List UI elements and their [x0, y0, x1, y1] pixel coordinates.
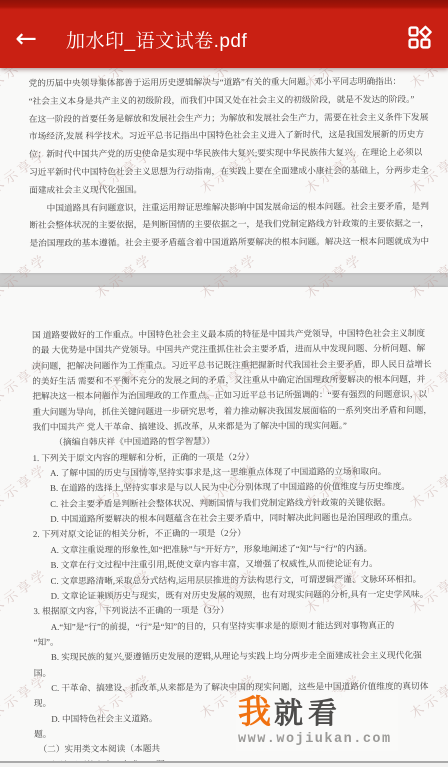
document-text-line: B. 实现民族的复兴,要遵循历史发展的逻辑,从理论与实践上均分两步走全面建成社会… — [34, 648, 433, 665]
logo-url: www.wojiukan.com — [238, 732, 392, 747]
document-text-line: 重大问题为导向，抓住关键问题进一步研究思考，着力推动解决我国发展面临的一系列突出… — [32, 403, 431, 420]
document-text-line: 在这一阶段的首要任务是解放和发展社会生产力；为解放和发展社会生产力，需要在社会主… — [29, 109, 430, 129]
document-scroll-area[interactable]: 党的历届中央领导集体都善于运用历史逻辑解决与“道路”有关的重大问题。邓小平同志明… — [0, 68, 448, 767]
page-edge-area — [0, 763, 448, 767]
document-text-line: 习近平新时代中国特色社会主义思想为行动指南，在实践上要在全面建成小康社会的基础上… — [29, 162, 430, 182]
document-text-line: 市场经济,发展 科学技术。习近平总书记指出中国特色社会主义进入了新时代，这是我国… — [29, 126, 430, 146]
document-text-line: 党的历届中央领导集体都善于运用历史逻辑解决与“道路”有关的重大问题。邓小平同志明… — [29, 73, 430, 93]
document-text-line: 把解决这一根本问题作为治国理政的工作重点。正如习近平总书记所强调的：“要有强烈的… — [32, 387, 431, 404]
pdf-viewer-screen: ← 加水印_语文试卷.pdf 党的历届中央领导集体都善于运用历史逻辑解决与“道路… — [0, 0, 448, 767]
document-text-line: “社会主义本身是共产主义的初级阶段，而我们中国又处在社会主义的初级阶段，就是不发… — [29, 91, 430, 111]
back-button[interactable]: ← — [0, 10, 52, 68]
grid-icon — [406, 24, 433, 54]
apps-grid-button[interactable] — [390, 10, 448, 68]
document-text-line: 断社会整体状况的主要依据，是判断国情的主要依据之一，是我们党制定路线方针政策的主… — [29, 215, 430, 235]
logo-character-wo: 我 — [238, 694, 271, 730]
document-text-line: B. 文章在行文过程中注重引用,既使文章内容丰富，又增强了权威性,从而使论证有力… — [33, 556, 432, 573]
pdf-page-1: 党的历届中央领导集体都善于运用历史逻辑解决与“道路”有关的重大问题。邓小平同志明… — [0, 68, 448, 273]
document-text-line: B. 在道路的选择上,坚持实事求是与以人民为中心分别体现了中国道路的价值维度与历… — [33, 479, 432, 496]
document-text-line: A.“知”是“行”的前提，“行”是“知”的目的，只有坚持实事求是的原则才能达到对… — [33, 617, 432, 634]
document-text-line: 位；新时代中国共产党的历史使命是实现中华民族伟大复兴;要实现中华民族伟大复兴，在… — [29, 144, 430, 164]
document-text-line: 是治国理政的基本遵循。社会主要矛盾蕴含着中国道路所要解决的根本问题。解决这一根本… — [29, 233, 430, 253]
pdf-page-2: 国 道路要做好的工作重点。中国特色社会主义最本质的特征是中国共产党领导，中国特色… — [0, 287, 448, 761]
logo-characters-jiukan: 就看 — [274, 697, 342, 731]
document-text-line: 中国道路具有问题意识，注重运用辩证思维解决影响中国发展命运的根本问题。社会主要矛… — [29, 197, 430, 217]
document-text-line: D. 中国道路所要解决的根本问题蕴含在社会主要矛盾中，同时解决此问题也是治国理政… — [33, 510, 432, 527]
document-text-line: D. 文章论证兼顾历史与现实，既有对历史发展的观照，也有对现实问题的分析,具有一… — [33, 587, 432, 604]
document-text-line: 面建成社会主义现代化强国。 — [29, 180, 430, 200]
page1-text: 党的历届中央领导集体都善于运用历史逻辑解决与“道路”有关的重大问题。邓小平同志明… — [0, 67, 448, 253]
wojiukan-logo: 我 就看 www.wojiukan.com — [236, 692, 398, 751]
document-title: 加水印_语文试卷.pdf — [52, 26, 390, 53]
app-header: ← 加水印_语文试卷.pdf — [0, 0, 448, 68]
back-arrow-icon: ← — [15, 24, 37, 54]
document-text-line: 的最 大优势是中国共产党领导。中国共产党注重抓住社会主要矛盾，进而从中发现问题、… — [32, 341, 431, 358]
